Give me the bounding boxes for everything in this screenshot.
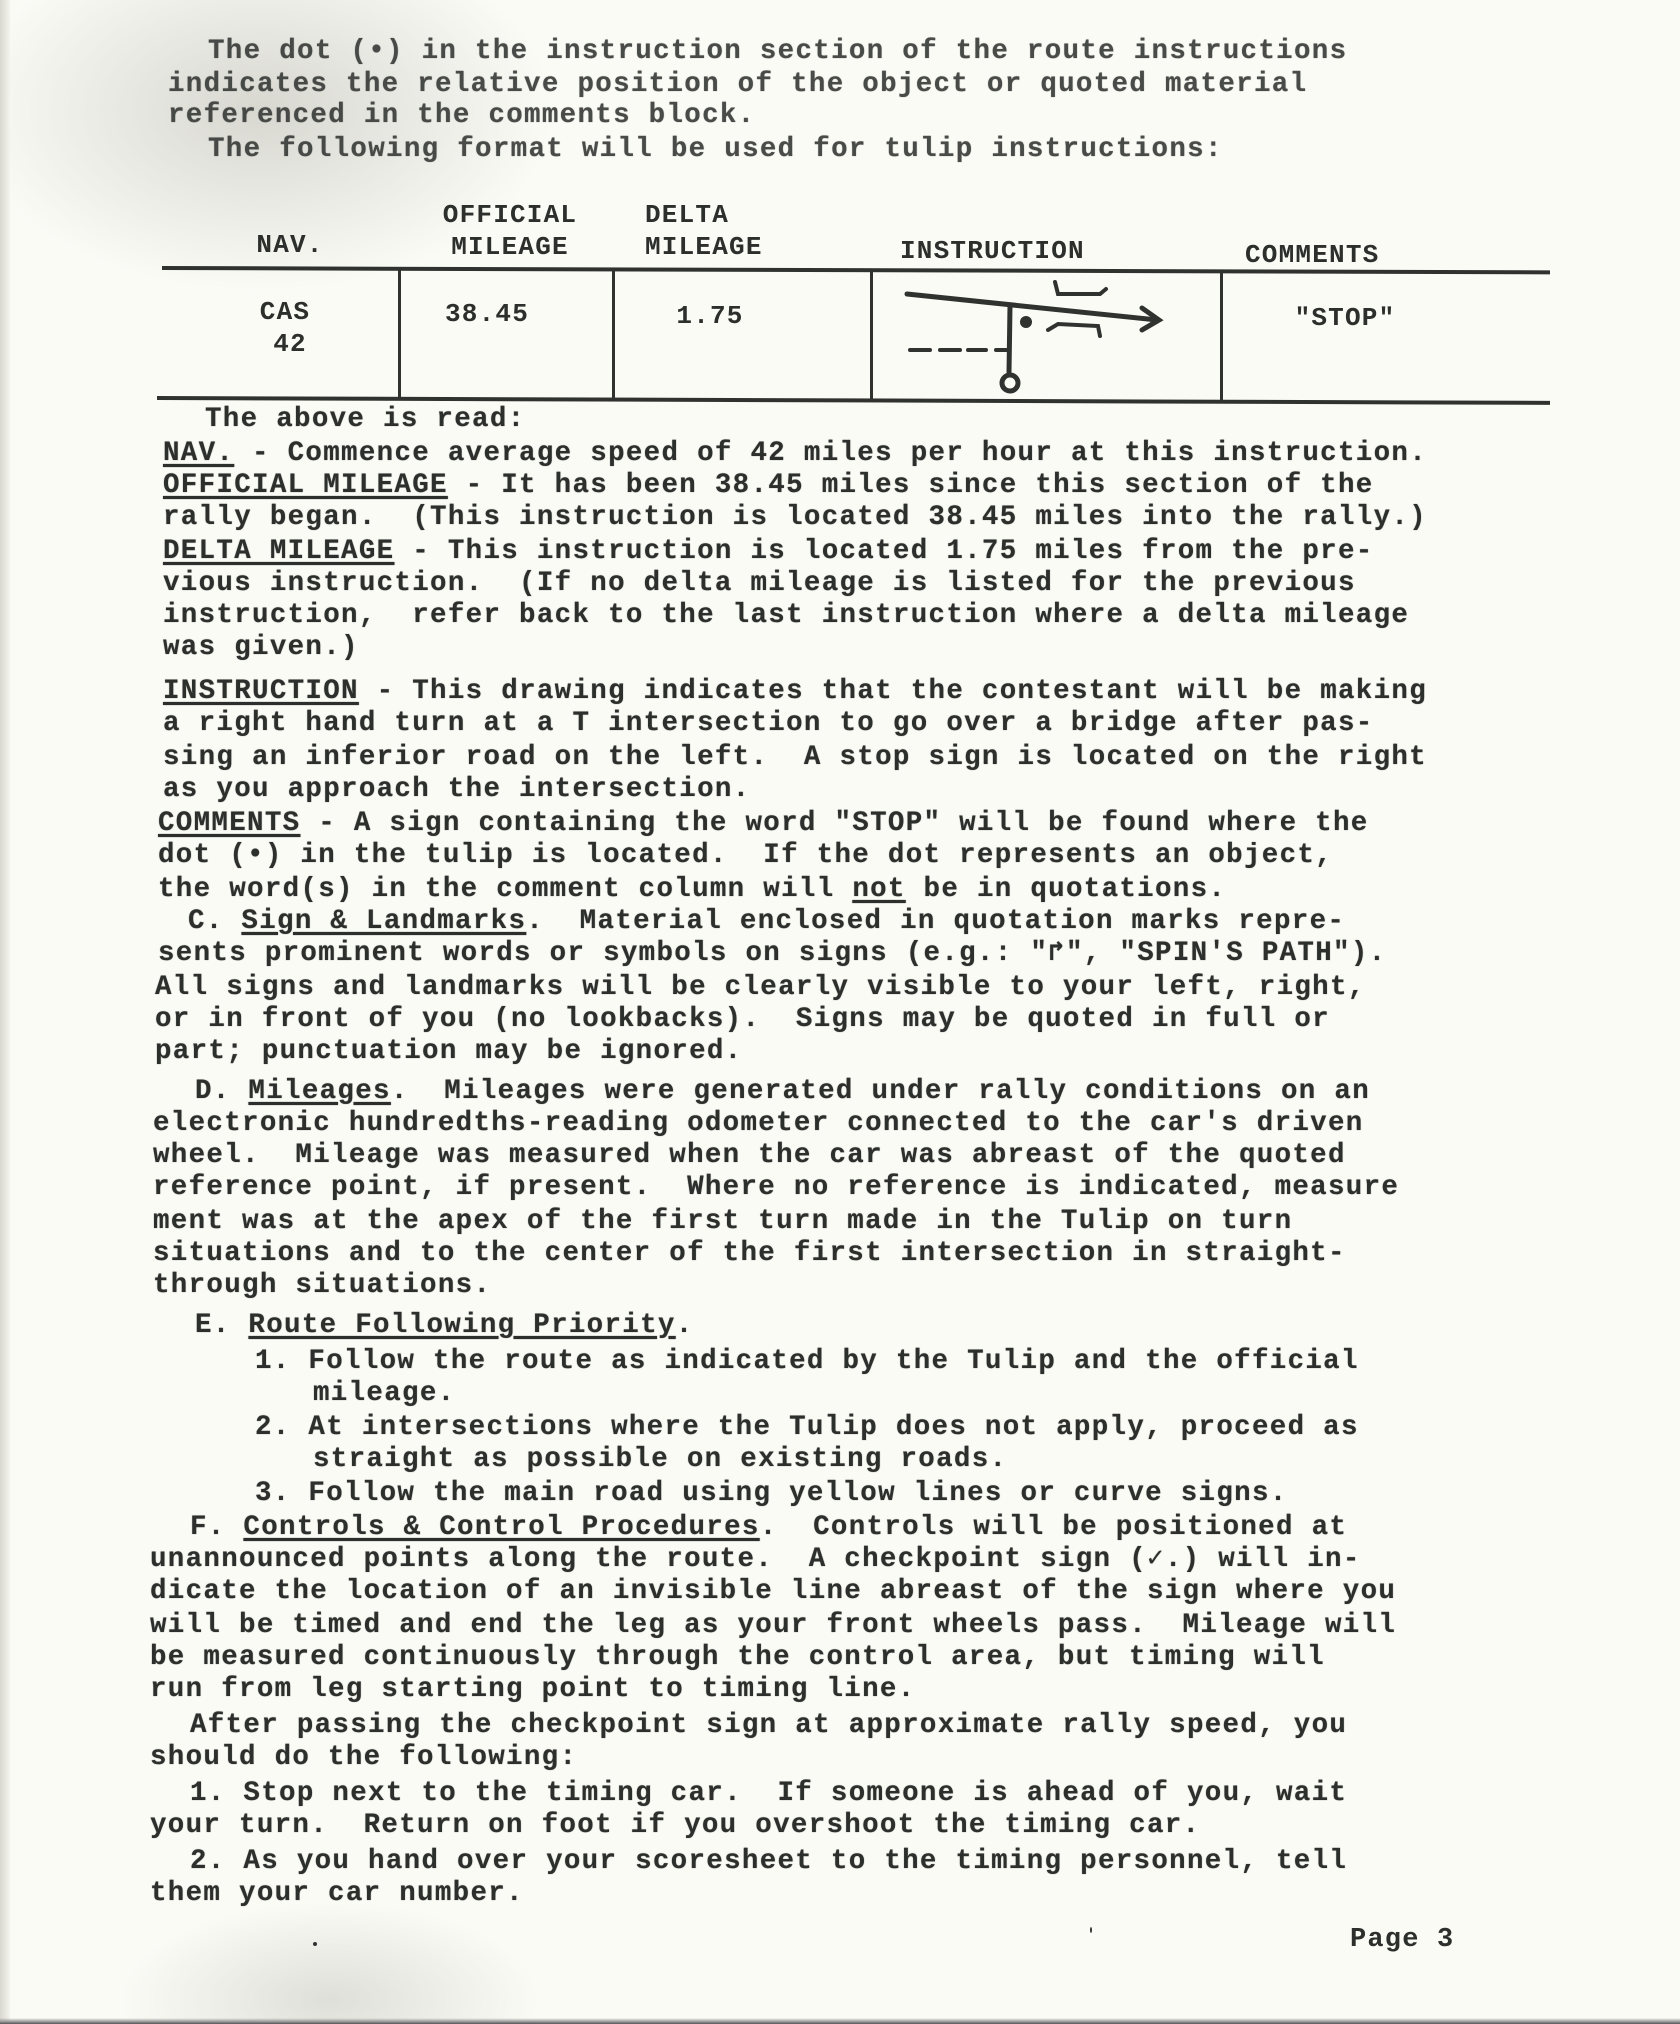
official-explanation-line-1: OFFICIAL MILEAGE - It has been 38.45 mil… xyxy=(163,470,1374,502)
section-c-line-4: or in front of you (no lookbacks). Signs… xyxy=(155,1004,1330,1036)
section-f-after-line-2: should do the following: xyxy=(150,1742,577,1774)
delta-explanation-line-4: was given.) xyxy=(163,632,359,664)
header-delta-bottom: MILEAGE xyxy=(645,232,795,263)
section-c-line-1: C. Sign & Landmarks. Material enclosed i… xyxy=(188,906,1345,938)
section-d-line-5: ment was at the apex of the first turn m… xyxy=(153,1206,1292,1238)
section-f-step-2-line-2: them your car number. xyxy=(150,1878,524,1910)
scan-speck xyxy=(313,1942,317,1946)
explanation-intro: The above is read: xyxy=(205,404,525,436)
section-e-item-1-line-1: 1. Follow the route as indicated by the … xyxy=(255,1346,1359,1378)
section-d-line-6: situations and to the center of the firs… xyxy=(153,1238,1346,1270)
section-f-line-6: run from leg starting point to timing li… xyxy=(150,1674,916,1706)
intro-line-2: indicates the relative position of the o… xyxy=(168,69,1307,101)
header-official-bottom: MILEAGE xyxy=(420,232,600,263)
section-f-line-5: be measured continuously through the con… xyxy=(150,1642,1325,1674)
tulip-diagram-icon xyxy=(872,268,1222,398)
cell-nav-line2: 42 xyxy=(240,328,340,360)
scan-speck xyxy=(1090,1927,1092,1933)
section-f-line-1: F. Controls & Control Procedures. Contro… xyxy=(190,1512,1347,1544)
official-term: OFFICIAL MILEAGE xyxy=(163,470,448,501)
section-e-item-3-line-1: 3. Follow the main road using yellow lin… xyxy=(255,1478,1288,1510)
section-f-step-2-line-1: 2. As you hand over your scoresheet to t… xyxy=(190,1846,1347,1878)
section-f-step-1-line-1: 1. Stop next to the timing car. If someo… xyxy=(190,1778,1347,1810)
page-bottom-edge xyxy=(0,2018,1680,2024)
section-f-title: Controls & Control Procedures xyxy=(243,1512,759,1543)
instruction-explanation-line-4: as you approach the intersection. xyxy=(163,774,751,806)
page-left-edge xyxy=(0,0,10,2024)
comments-explanation-line-1: COMMENTS - A sign containing the word "S… xyxy=(158,808,1369,840)
cell-official-mileage: 38.45 xyxy=(412,298,562,330)
checkmark-symbol-icon: ✓ xyxy=(1147,1544,1165,1575)
section-f-step-1-line-2: your turn. Return on foot if you oversho… xyxy=(150,1810,1200,1842)
nav-explanation: NAV. - Commence average speed of 42 mile… xyxy=(163,438,1427,470)
not-emphasis: not xyxy=(852,874,905,905)
section-d-line-7: through situations. xyxy=(153,1270,491,1302)
intro-line-3: referenced in the comments block. xyxy=(168,100,756,132)
instruction-term: INSTRUCTION xyxy=(163,676,359,707)
section-f-line-2: unannounced points along the route. A ch… xyxy=(150,1544,1361,1576)
col-divider-1 xyxy=(398,268,401,398)
nav-term: NAV. xyxy=(163,438,234,469)
header-comments: COMMENTS xyxy=(1245,240,1445,271)
intro-line-4: The following format will be used for tu… xyxy=(208,134,1223,166)
section-c-line-5: part; punctuation may be ignored. xyxy=(155,1036,743,1068)
col-divider-2 xyxy=(612,268,615,398)
section-d-line-2: electronic hundredths-reading odometer c… xyxy=(153,1108,1364,1140)
delta-explanation-line-1: DELTA MILEAGE - This instruction is loca… xyxy=(163,536,1374,568)
section-e-item-2-line-2: straight as possible on existing roads. xyxy=(313,1444,1007,1476)
delta-explanation-line-2: vious instruction. (If no delta mileage … xyxy=(163,568,1356,600)
section-e-title: Route Following Priority xyxy=(248,1310,675,1341)
cell-comments: "STOP" xyxy=(1265,302,1425,334)
delta-explanation-line-3: instruction, refer back to the last inst… xyxy=(163,600,1409,632)
cell-delta-mileage: 1.75 xyxy=(640,300,780,332)
header-instruction: INSTRUCTION xyxy=(900,236,1160,267)
scanned-page: The dot (•) in the instruction section o… xyxy=(0,0,1680,2024)
section-d-line-3: wheel. Mileage was measured when the car… xyxy=(153,1140,1346,1172)
instruction-explanation-line-3: sing an inferior road on the left. A sto… xyxy=(163,742,1427,774)
comments-explanation-line-2: dot (•) in the tulip is located. If the … xyxy=(158,840,1333,872)
header-official-top: OFFICIAL xyxy=(420,200,600,231)
section-c-title: Sign & Landmarks xyxy=(241,906,526,937)
section-f-line-4: will be timed and end the leg as your fr… xyxy=(150,1610,1396,1642)
section-c-line-2: sents prominent words or symbols on sign… xyxy=(158,938,1386,970)
intro-line-1: The dot (•) in the instruction section o… xyxy=(208,36,1347,68)
official-explanation-line-2: rally began. (This instruction is locate… xyxy=(163,502,1427,534)
section-e-title-line: E. Route Following Priority. xyxy=(195,1310,694,1342)
section-f-after-line-1: After passing the checkpoint sign at app… xyxy=(190,1710,1347,1742)
delta-term: DELTA MILEAGE xyxy=(163,536,394,567)
page-number: Page 3 xyxy=(1350,1925,1454,1955)
section-f-line-3: dicate the location of an invisible line… xyxy=(150,1576,1396,1608)
section-e-item-1-line-2: mileage. xyxy=(313,1378,455,1410)
header-nav: NAV. xyxy=(240,230,340,261)
comments-term: COMMENTS xyxy=(158,808,300,839)
section-e-item-2-line-1: 2. At intersections where the Tulip does… xyxy=(255,1412,1359,1444)
comments-explanation-line-3: the word(s) in the comment column will n… xyxy=(158,874,1226,906)
section-d-line-1: D. Mileages. Mileages were generated und… xyxy=(195,1076,1370,1108)
instruction-explanation-line-1: INSTRUCTION - This drawing indicates tha… xyxy=(163,676,1427,708)
instruction-explanation-line-2: a right hand turn at a T intersection to… xyxy=(163,708,1374,740)
section-d-line-4: reference point, if present. Where no re… xyxy=(153,1172,1399,1204)
cell-nav-line1: CAS xyxy=(240,296,330,328)
header-delta-top: DELTA xyxy=(645,200,745,231)
section-c-line-3: All signs and landmarks will be clearly … xyxy=(155,972,1366,1004)
section-d-title: Mileages xyxy=(248,1076,390,1107)
turn-arrow-symbol-icon: ↱ xyxy=(1048,938,1066,969)
